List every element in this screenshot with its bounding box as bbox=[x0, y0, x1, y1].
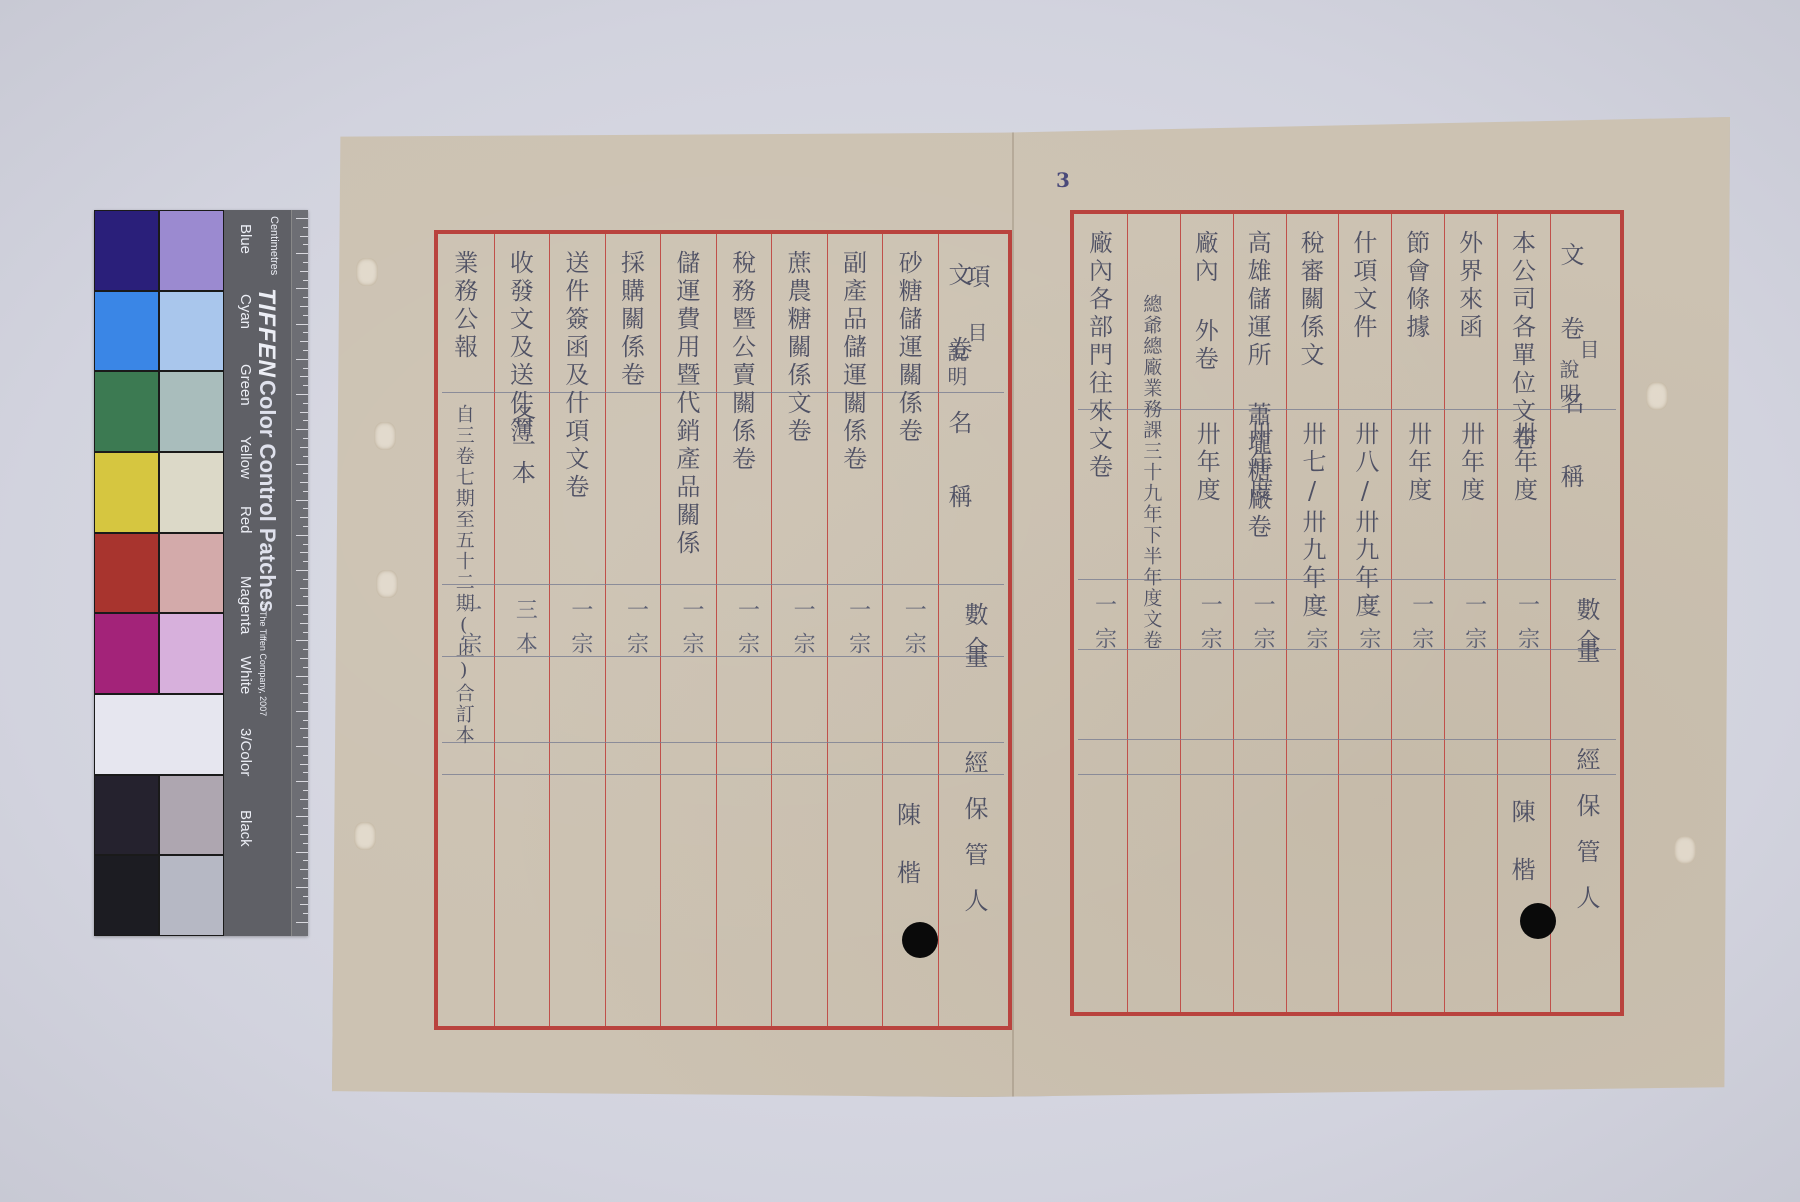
header-mu-label: 目 bbox=[1578, 339, 1598, 363]
ruler-tick bbox=[303, 614, 308, 615]
row-quantity: 一宗 bbox=[898, 598, 929, 666]
ruler-tick bbox=[303, 596, 308, 597]
color-patch-3color-dark bbox=[94, 775, 159, 856]
ruler-tick bbox=[303, 684, 308, 685]
color-patch-cyan-dark bbox=[94, 291, 159, 372]
ruler-tick bbox=[303, 244, 308, 245]
row-title: 廠內各部門往來文卷 bbox=[1086, 230, 1110, 482]
centimetres-label: Centimetres bbox=[268, 216, 280, 275]
ruler-band: Blue Cyan Green Yellow Red Magenta White… bbox=[224, 210, 308, 936]
patch-label-white: White bbox=[237, 656, 254, 694]
column-rule bbox=[1180, 214, 1181, 1012]
column-rule bbox=[494, 234, 495, 1026]
ruler-tick bbox=[303, 227, 308, 228]
row-quantity: 一宗 bbox=[620, 598, 651, 666]
color-patch-white bbox=[94, 694, 224, 775]
header-quantity-total: 全 bbox=[962, 636, 986, 664]
row-quantity: 一宗 bbox=[732, 598, 763, 666]
color-patch-magenta-light bbox=[159, 613, 224, 694]
ruler-tick bbox=[296, 640, 308, 641]
column-rule bbox=[1497, 214, 1498, 1012]
row-note: 卅年度 bbox=[1459, 421, 1483, 505]
column-rule bbox=[1127, 214, 1128, 1012]
column-rule bbox=[1391, 214, 1392, 1012]
ruler-tick bbox=[303, 720, 308, 721]
page-number: 3 bbox=[1056, 168, 1070, 192]
ruler-tick bbox=[303, 808, 308, 809]
column-rule bbox=[938, 234, 939, 1026]
column-rule bbox=[605, 234, 606, 1026]
color-patch-blue-light bbox=[159, 210, 224, 291]
patch-label-magenta: Magenta bbox=[237, 576, 254, 634]
ruler-tick bbox=[296, 887, 308, 888]
ruler-tick bbox=[303, 737, 308, 738]
custodian-name: 陳楷 bbox=[894, 802, 918, 918]
color-patch-red-light bbox=[159, 533, 224, 614]
column-rule bbox=[1233, 214, 1234, 1012]
ruler-tick bbox=[303, 280, 308, 281]
header-quantity-total: 全 bbox=[1574, 629, 1598, 657]
row-title: 稅審關係文 bbox=[1298, 230, 1322, 370]
column-rule bbox=[549, 234, 550, 1026]
ruler-tick bbox=[303, 649, 308, 650]
ruler-tick bbox=[296, 535, 308, 536]
color-patch-red-dark bbox=[94, 533, 159, 614]
row-title: 什項文件 bbox=[1351, 230, 1375, 342]
pencil-rule bbox=[442, 584, 1004, 585]
ruler-tick bbox=[303, 860, 308, 861]
ruler-tick bbox=[296, 781, 308, 782]
color-patch-3color-light bbox=[159, 775, 224, 856]
color-patch-yellow-light bbox=[159, 452, 224, 533]
ruler-tick bbox=[300, 588, 308, 589]
ruler-tick bbox=[300, 271, 308, 272]
header-desc-label: 說明 bbox=[1558, 359, 1578, 407]
ruler-tick bbox=[300, 412, 308, 413]
row-title: 送件簽函及什項文卷 bbox=[563, 250, 587, 502]
row-quantity: 一宗 bbox=[1406, 593, 1437, 661]
ruler-tick bbox=[296, 676, 308, 677]
row-title: 儲運費用暨代銷產品關係 bbox=[674, 250, 698, 558]
ruler-tick bbox=[296, 922, 308, 923]
row-note: 自三卷七期至五十二期(止)合訂本 bbox=[454, 404, 473, 746]
row-title: 蔗農糖關係文卷 bbox=[785, 250, 809, 446]
ruler-tick bbox=[303, 473, 308, 474]
header-custodian-label: 經保管人 bbox=[962, 750, 986, 934]
ruler-tick bbox=[303, 896, 308, 897]
ruler-tick bbox=[296, 288, 308, 289]
ruler-tick bbox=[303, 315, 308, 316]
ruler-tick bbox=[296, 852, 308, 853]
row-title: 外界來函 bbox=[1457, 230, 1481, 342]
row-quantity: 一宗 bbox=[1194, 593, 1225, 661]
row-title: 副產品儲運關係卷 bbox=[841, 250, 865, 474]
ruler-tick bbox=[303, 403, 308, 404]
ruler-tick bbox=[300, 376, 308, 377]
ruler-tick bbox=[300, 341, 308, 342]
patch-label-3color: 3/Color bbox=[237, 728, 254, 776]
color-patch-cyan-light bbox=[159, 291, 224, 372]
ruler-tick bbox=[300, 834, 308, 835]
custodian-name: 陳楷 bbox=[1509, 799, 1533, 915]
row-note: 卅年度 bbox=[1512, 421, 1536, 505]
ruler-tick bbox=[300, 447, 308, 448]
pencil-rule bbox=[442, 742, 1004, 743]
punch-hole bbox=[1520, 903, 1556, 939]
column-rule bbox=[1286, 214, 1287, 1012]
pin-mark bbox=[1674, 836, 1696, 864]
column-rule bbox=[1338, 214, 1339, 1012]
ruler-tick bbox=[303, 667, 308, 668]
patch-label-black: Black bbox=[237, 810, 254, 847]
ruler-tick bbox=[303, 790, 308, 791]
ruler-tick bbox=[296, 324, 308, 325]
ruler-tick bbox=[303, 632, 308, 633]
header-title-column-name: 文卷名稱 bbox=[946, 262, 970, 558]
row-title: 採購關係卷 bbox=[618, 250, 642, 390]
row-note: 總爺總廠業務課三十九年下半年度文卷 bbox=[1141, 294, 1160, 651]
column-rule bbox=[660, 234, 661, 1026]
row-quantity: 三本 bbox=[509, 598, 540, 666]
row-quantity: 二宗 bbox=[1300, 593, 1331, 661]
row-note: 卅七/卅九年度 bbox=[1300, 421, 1324, 621]
column-rule bbox=[1444, 214, 1445, 1012]
ruler-tick bbox=[300, 693, 308, 694]
ruler-tick bbox=[296, 711, 308, 712]
color-patch-magenta-dark bbox=[94, 613, 159, 694]
row-quantity: 一宗 bbox=[843, 598, 874, 666]
ruler-tick bbox=[303, 332, 308, 333]
ruler-tick bbox=[303, 878, 308, 879]
row-note: 卅年度 bbox=[1194, 421, 1218, 505]
row-quantity: 一宗 bbox=[565, 598, 596, 666]
row-note: 卅八/卅九年度 bbox=[1353, 421, 1377, 621]
pencil-rule bbox=[1078, 739, 1616, 740]
pin-mark bbox=[374, 422, 396, 450]
ruler-tick bbox=[300, 236, 308, 237]
left-inventory-form: 項文卷名稱說明目數量全經保管人陳楷砂糖儲運關係卷一宗副產品儲運關係卷一宗蔗農糖關… bbox=[434, 230, 1012, 1030]
ruler-tick bbox=[296, 394, 308, 395]
row-quantity: 一宗 bbox=[676, 598, 707, 666]
row-note: 卅年度 bbox=[1406, 421, 1430, 505]
ruler-tick bbox=[303, 755, 308, 756]
row-quantity: 一宗 bbox=[454, 598, 485, 666]
ruler-tick bbox=[296, 464, 308, 465]
column-rule bbox=[827, 234, 828, 1026]
ruler-tick bbox=[303, 772, 308, 773]
patch-label-blue: Blue bbox=[237, 224, 254, 254]
ruler-tick bbox=[303, 544, 308, 545]
color-patch-green-dark bbox=[94, 371, 159, 452]
pin-mark bbox=[356, 258, 378, 286]
color-patch-yellow-dark bbox=[94, 452, 159, 533]
ruler-tick bbox=[303, 438, 308, 439]
right-inventory-form: 文卷名稱說明目數量全經保管人陳楷本公司各單位文卷卅年度一宗外界來函卅年度一宗節會… bbox=[1070, 210, 1624, 1016]
ruler-tick bbox=[296, 359, 308, 360]
center-fold bbox=[1012, 117, 1014, 1097]
ruler-tick bbox=[300, 764, 308, 765]
ruler-tick bbox=[303, 368, 308, 369]
ruler-tick bbox=[300, 658, 308, 659]
ruler-tick bbox=[300, 869, 308, 870]
ruler-tick bbox=[296, 253, 308, 254]
row-title: 業務公報 bbox=[452, 250, 476, 362]
row-quantity: 一宗 bbox=[1512, 593, 1543, 661]
ruler-tick bbox=[300, 517, 308, 518]
ruler-tick bbox=[303, 825, 308, 826]
ruler-tick bbox=[300, 799, 308, 800]
ruler-tick bbox=[303, 508, 308, 509]
ruler-tick bbox=[296, 500, 308, 501]
chart-title: Color Control Patches bbox=[254, 380, 280, 612]
color-patch-grid bbox=[94, 210, 224, 936]
ruler-tick bbox=[303, 420, 308, 421]
punch-hole bbox=[902, 922, 938, 958]
header-mu-label: 目 bbox=[966, 322, 986, 346]
ruler-tick bbox=[296, 746, 308, 747]
row-quantity: 三宗 bbox=[1353, 593, 1384, 661]
row-note: 卅年度 bbox=[1247, 421, 1271, 505]
ruler-tick bbox=[303, 702, 308, 703]
ruler-tick bbox=[300, 306, 308, 307]
color-patch-black-light bbox=[159, 855, 224, 936]
column-rule bbox=[1550, 214, 1551, 1012]
row-quantity: 一宗 bbox=[1088, 593, 1119, 661]
ruler-tick bbox=[303, 579, 308, 580]
pencil-rule bbox=[442, 774, 1004, 775]
row-title: 稅務暨公賣關係卷 bbox=[730, 250, 754, 474]
ruler-tick bbox=[300, 728, 308, 729]
ruler-tick bbox=[303, 913, 308, 914]
row-quantity: 一宗 bbox=[1247, 593, 1278, 661]
pin-mark bbox=[354, 822, 376, 850]
ruler-edge bbox=[291, 210, 308, 936]
ruler-tick bbox=[303, 526, 308, 527]
ruler-tick bbox=[303, 297, 308, 298]
ruler-tick bbox=[296, 570, 308, 571]
pin-mark bbox=[1646, 382, 1668, 410]
ruler-tick bbox=[300, 482, 308, 483]
color-patch-black-dark bbox=[94, 855, 159, 936]
color-control-chart: Blue Cyan Green Yellow Red Magenta White… bbox=[94, 210, 308, 936]
column-rule bbox=[882, 234, 883, 1026]
row-title: 節會條據 bbox=[1404, 230, 1428, 342]
row-quantity: 一宗 bbox=[787, 598, 818, 666]
ruler-tick bbox=[303, 385, 308, 386]
ruler-tick bbox=[303, 491, 308, 492]
row-quantity: 一宗 bbox=[1459, 593, 1490, 661]
ruler-tick bbox=[300, 904, 308, 905]
tiffen-logo: TIFFEN bbox=[252, 288, 280, 378]
ruler-tick bbox=[303, 456, 308, 457]
ruler-tick bbox=[296, 816, 308, 817]
column-rule bbox=[716, 234, 717, 1026]
ruler-tick bbox=[296, 218, 308, 219]
header-desc-label: 說明 bbox=[946, 342, 966, 390]
ruler-tick bbox=[296, 429, 308, 430]
pin-mark bbox=[376, 570, 398, 598]
ruler-tick bbox=[303, 350, 308, 351]
copyright-text: © The Tiffen Company, 2007 bbox=[258, 602, 268, 716]
column-rule bbox=[771, 234, 772, 1026]
row-title: 砂糖儲運關係卷 bbox=[896, 250, 920, 446]
ruler-tick bbox=[303, 262, 308, 263]
color-patch-blue-dark bbox=[94, 210, 159, 291]
row-note: 各一本 bbox=[509, 404, 533, 488]
ruler-tick bbox=[296, 605, 308, 606]
ruler-tick bbox=[303, 561, 308, 562]
ruler-tick bbox=[300, 552, 308, 553]
patch-label-red: Red bbox=[237, 506, 254, 534]
row-title: 廠內 外卷 bbox=[1192, 230, 1216, 374]
patch-label-yellow: Yellow bbox=[237, 436, 254, 479]
color-patch-green-light bbox=[159, 371, 224, 452]
pencil-rule bbox=[1078, 774, 1616, 775]
header-custodian-label: 經保管人 bbox=[1574, 747, 1598, 931]
ruler-tick bbox=[303, 843, 308, 844]
ruler-tick bbox=[300, 623, 308, 624]
